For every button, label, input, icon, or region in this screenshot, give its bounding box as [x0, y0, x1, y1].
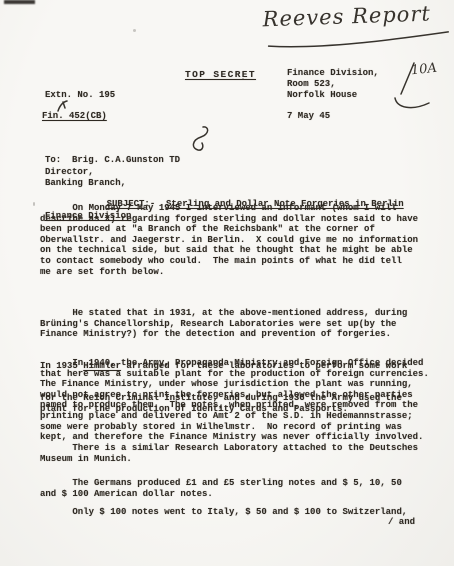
scan-smudge [4, 0, 35, 4]
scanned-memo-page: Reeves Report TOP SECRET Finance Divisio… [0, 0, 454, 566]
classification-stamp: TOP SECRET [185, 70, 256, 81]
paragraph-5: The Germans produced £1 and £5 sterling … [40, 478, 402, 499]
file-mark: 10A [386, 58, 450, 114]
paragraph-4: There is a similar Research Laboratory a… [40, 443, 418, 464]
paragraph-2-head: He stated that in 1931, at the above-men… [40, 308, 407, 340]
recipient-lines: To: Brig. C.A.Gunston TD Director, Banki… [45, 155, 180, 189]
reference-number: Fin. 452(CB) [42, 111, 107, 122]
handwritten-title-text: Reeves Report [262, 1, 454, 32]
scan-speck [33, 202, 35, 206]
office-address: Finance Division, Room 523, Norfolk Hous… [287, 68, 379, 100]
handwritten-title-note: Reeves Report [262, 1, 454, 54]
file-mark-text: 10A [410, 61, 437, 79]
paragraph-1: On Monday 7 May 1945 I interviewed an in… [40, 203, 418, 277]
paragraph-3: In 1940, the Army, Propaganda Ministry a… [40, 358, 429, 443]
date: 7 May 45 [287, 111, 330, 122]
handwritten-caret-mark [55, 99, 71, 113]
handwritten-underline-stroke [267, 29, 451, 51]
paragraph-6: Only $ 100 notes went to Italy, $ 50 and… [40, 507, 407, 518]
handwritten-initial-squiggle [187, 124, 213, 156]
scan-speck [133, 29, 136, 32]
continuation-mark: / and [388, 517, 415, 528]
